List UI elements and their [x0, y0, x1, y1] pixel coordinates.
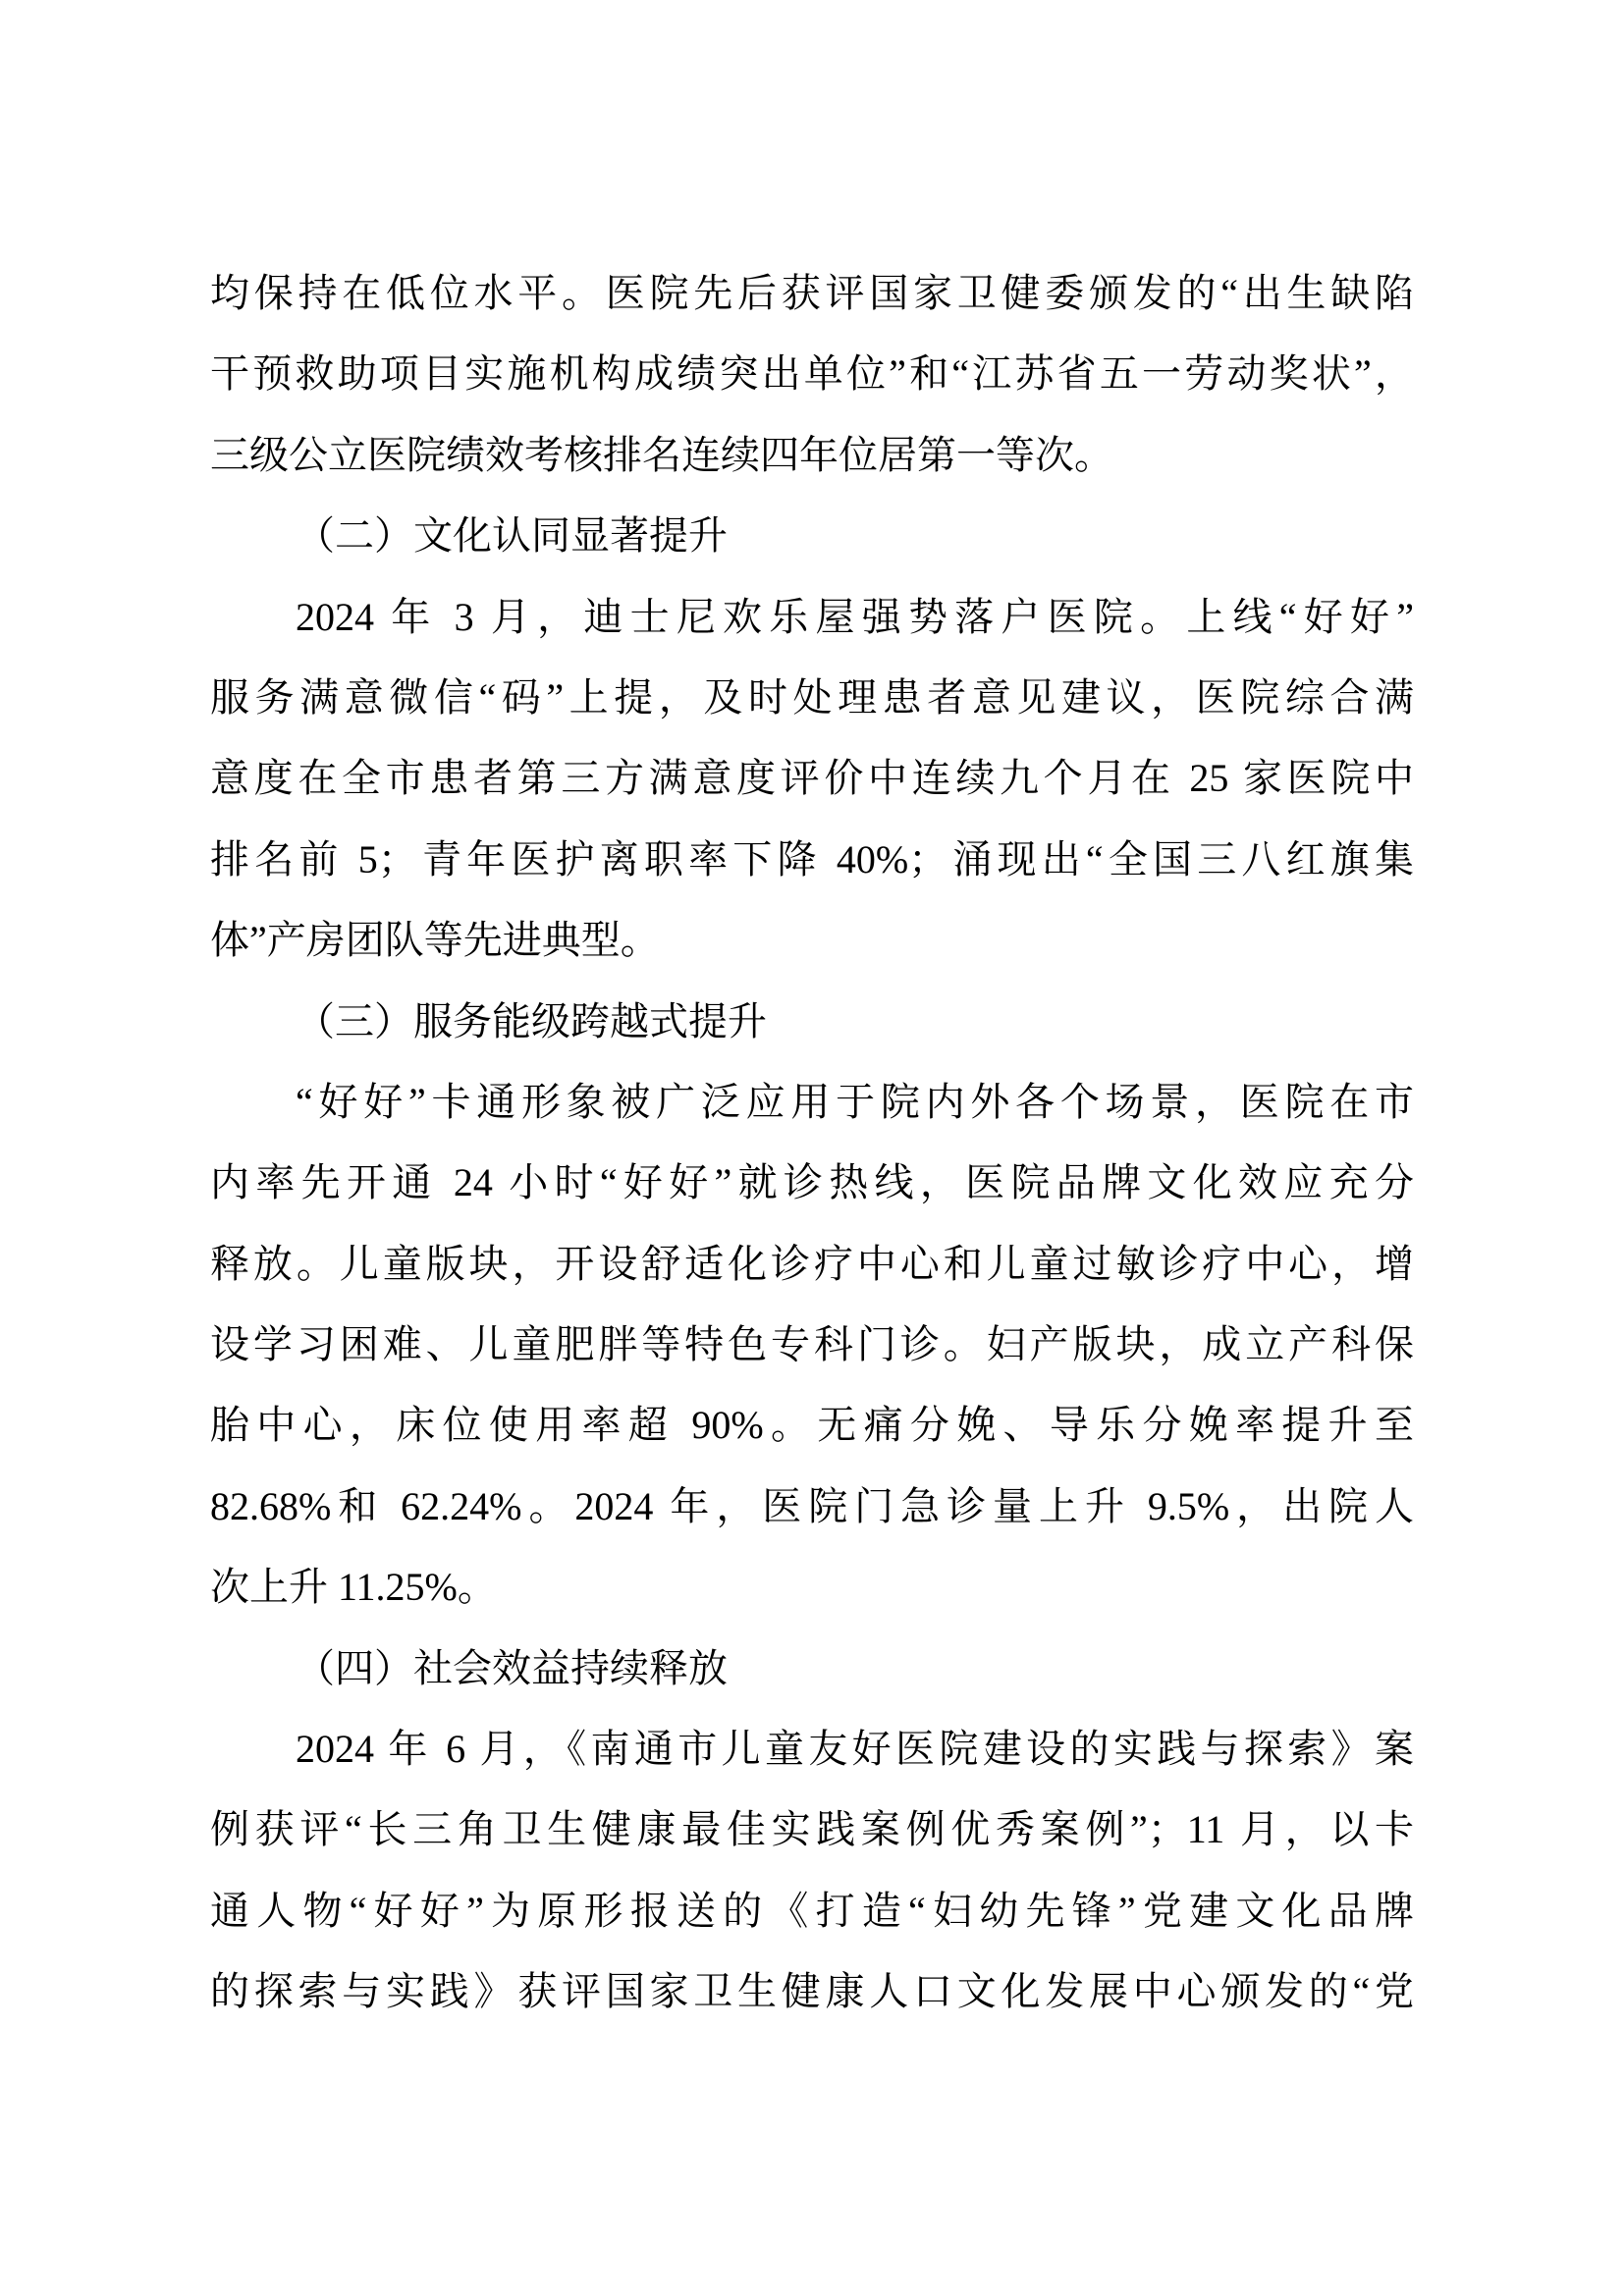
section-heading: （二）文化认同显著提升 — [210, 496, 1414, 576]
body-text-line: 意度在全市患者第三方满意度评价中连续九个月在 25 家医院中 — [210, 738, 1414, 819]
body-text-line: 排名前 5；青年医护离职率下降 40%；涌现出“全国三八红旗集 — [210, 820, 1414, 900]
document-page: 均保持在低位水平。医院先后获评国家卫健委颁发的“出生缺陷干预救助项目实施机构成绩… — [0, 0, 1624, 2296]
body-text-line: 均保持在低位水平。医院先后获评国家卫健委颁发的“出生缺陷 — [210, 253, 1414, 334]
section-heading: （四）社会效益持续释放 — [210, 1629, 1414, 1709]
body-text-line: 干预救助项目实施机构成绩突出单位”和“江苏省五一劳动奖状”， — [210, 334, 1414, 414]
body-text-line: 胎中心，床位使用率超 90%。无痛分娩、导乐分娩率提升至 — [210, 1385, 1414, 1466]
body-text-line: 例获评“长三角卫生健康最佳实践案例优秀案例”；11 月，以卡 — [210, 1789, 1414, 1870]
body-text-line: “好好”卡通形象被广泛应用于院内外各个场景，医院在市 — [210, 1062, 1414, 1143]
body-text-line: 82.68%和 62.24%。2024 年，医院门急诊量上升 9.5%，出院人 — [210, 1467, 1414, 1547]
section-heading: （三）服务能级跨越式提升 — [210, 982, 1414, 1062]
body-text-line: 释放。儿童版块，开设舒适化诊疗中心和儿童过敏诊疗中心，增 — [210, 1224, 1414, 1305]
body-text-line: 2024 年 3 月，迪士尼欢乐屋强势落户医院。上线“好好” — [210, 577, 1414, 658]
body-text-line: 次上升 11.25%。 — [210, 1547, 1414, 1628]
body-text-line: 设学习困难、儿童肥胖等特色专科门诊。妇产版块，成立产科保 — [210, 1305, 1414, 1385]
body-text-line: 通人物“好好”为原形报送的《打造“妇幼先锋”党建文化品牌 — [210, 1871, 1414, 1951]
body-text-line: 服务满意微信“码”上提，及时处理患者意见建议，医院综合满 — [210, 658, 1414, 738]
text-block: 均保持在低位水平。医院先后获评国家卫健委颁发的“出生缺陷干预救助项目实施机构成绩… — [210, 253, 1414, 2033]
body-text-line: 2024 年 6 月，《南通市儿童友好医院建设的实践与探索》案 — [210, 1709, 1414, 1789]
body-text-line: 体”产房团队等先进典型。 — [210, 900, 1414, 981]
body-text-line: 三级公立医院绩效考核排名连续四年位居第一等次。 — [210, 415, 1414, 496]
body-text-line: 的探索与实践》获评国家卫生健康人口文化发展中心颁发的“党 — [210, 1951, 1414, 2032]
body-text-line: 内率先开通 24 小时“好好”就诊热线，医院品牌文化效应充分 — [210, 1143, 1414, 1223]
